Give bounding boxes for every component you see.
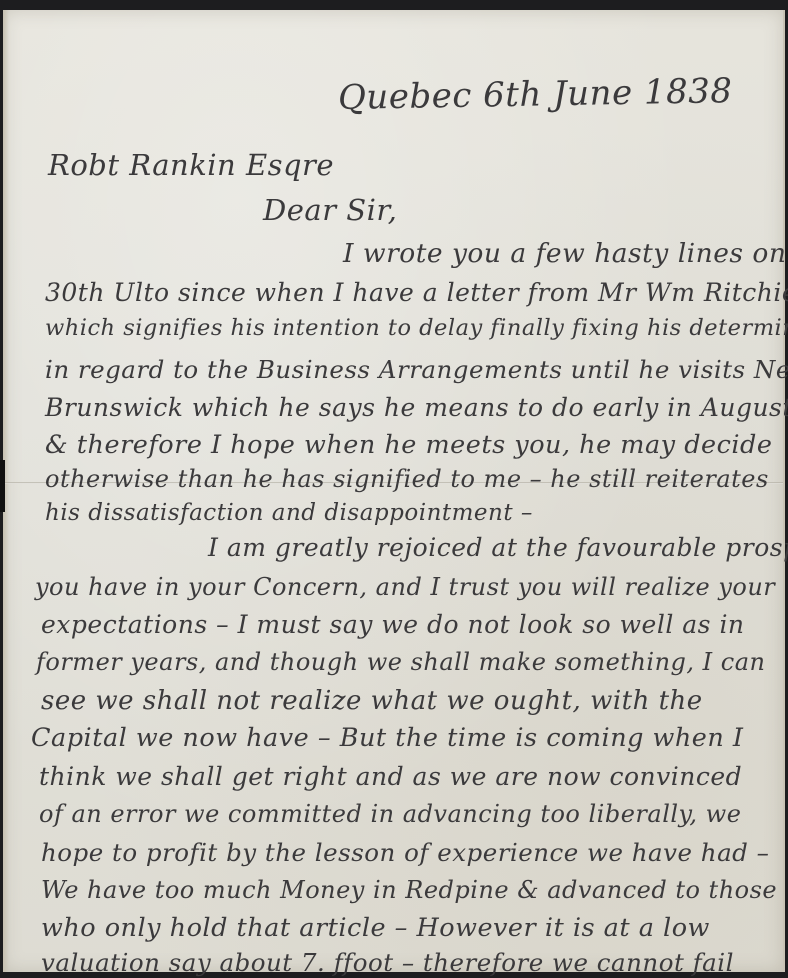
letter-line: Capital we now have – But the time is co… bbox=[31, 723, 744, 753]
letter-line: We have too much Money in Redpine & adva… bbox=[41, 876, 777, 904]
document-scan: Quebec 6th June 1838 Robt Rankin Esqre D… bbox=[0, 0, 788, 978]
letter-line: which signifies his intention to delay f… bbox=[45, 315, 788, 341]
letter-line: expectations – I must say we do not look… bbox=[41, 610, 745, 639]
letter-salutation: Dear Sir, bbox=[263, 193, 397, 227]
letter-line: in regard to the Business Arrangements u… bbox=[45, 355, 788, 384]
letter-dateline: Quebec 6th June 1838 bbox=[338, 71, 733, 118]
letter-line: you have in your Concern, and I trust yo… bbox=[35, 573, 775, 601]
letter-line: see we shall not realize what we ought, … bbox=[41, 686, 703, 716]
letter-line: of an error we committed in advancing to… bbox=[39, 800, 741, 828]
letter-line: 30th Ulto since when I have a letter fro… bbox=[45, 278, 788, 307]
scan-binding-tab bbox=[0, 460, 5, 512]
letter-line: who only hold that article – However it … bbox=[41, 913, 710, 943]
letter-line: I wrote you a few hasty lines on the bbox=[343, 238, 788, 269]
letter-line: & therefore I hope when he meets you, he… bbox=[45, 430, 772, 460]
letter-line: hope to profit by the lesson of experien… bbox=[41, 838, 769, 867]
letter-line: Brunswick which he says he means to do e… bbox=[45, 393, 788, 422]
letter-line: think we shall get right and as we are n… bbox=[39, 762, 742, 791]
letter-line: his dissatisfaction and disappointment – bbox=[45, 500, 533, 526]
letter-addressee: Robt Rankin Esqre bbox=[48, 148, 334, 182]
letter-line: valuation say about 7. ffoot – therefore… bbox=[41, 948, 734, 977]
letter-line: former years, and though we shall make s… bbox=[36, 648, 765, 676]
letter-line: I am greatly rejoiced at the favourable … bbox=[208, 533, 788, 562]
letter-line: otherwise than he has signified to me – … bbox=[45, 465, 769, 493]
letter-paper: Quebec 6th June 1838 Robt Rankin Esqre D… bbox=[3, 10, 785, 972]
